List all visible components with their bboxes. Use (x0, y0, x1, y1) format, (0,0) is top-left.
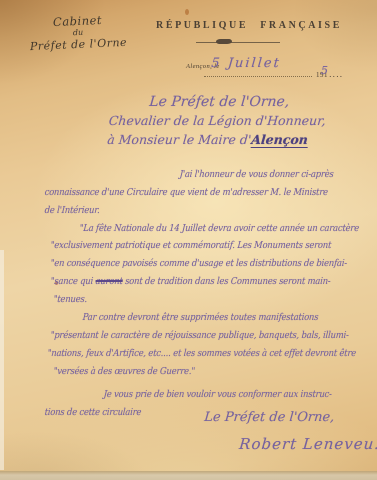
letter-heading-line-2: Chevalier de la Légion d'Honneur, (87, 113, 348, 128)
body-line: "versées à des œuvres de Guerre." (53, 366, 195, 377)
body-line: J'ai l'honneur de vous donner ci-après (179, 169, 334, 180)
struck-word: auront (95, 276, 123, 287)
body-line: "exclusivement patriotique et commémorat… (50, 240, 331, 251)
body-line: "en conséquence pavoisés comme d'usage e… (50, 258, 347, 269)
paper-speck (185, 9, 189, 15)
dateline-trailing-dots: .... (329, 70, 343, 79)
paper-edge-bottom (0, 471, 377, 480)
divider-ornament-icon (216, 39, 232, 44)
scanned-letter-page: Cabinet du Préfet de l'Orne RÉPUBLIQUE F… (0, 0, 377, 480)
letter-heading-line-1: Le Préfet de l'Orne, (99, 94, 340, 110)
dateline-dotted-rule (204, 75, 312, 77)
dateline-handwritten-date: 5 Juillet (211, 56, 282, 71)
address-city: Alençon (251, 132, 309, 148)
line-suffix: sont de tradition dans les Communes sero… (122, 276, 331, 287)
paper-edge-left (0, 250, 4, 471)
body-line: "nations, feux d'Artifice, etc.... et le… (47, 348, 356, 359)
line-prefix: "sance qui (50, 276, 96, 287)
letterhead-cabinet: Cabinet du Préfet de l'Orne (21, 12, 135, 55)
signature-title: Le Préfet de l'Orne, (204, 410, 335, 425)
body-line: de l'Intérieur. (44, 205, 100, 216)
body-line: "présentant le caractère de réjouissance… (50, 330, 349, 341)
signature-name: Robert Leneveu. (238, 435, 377, 453)
dateline-year: 1915.... (316, 62, 349, 81)
dateline-year-handwritten-digit: 5 (321, 64, 328, 77)
letter-address-line: à Monsieur le Maire d'Alençon (107, 132, 309, 147)
body-line: Par contre devront être supprimées toute… (82, 312, 318, 323)
address-prefix: à Monsieur le Maire d' (107, 132, 252, 147)
closing-line-1: Je vous prie de bien vouloir vous confor… (103, 389, 332, 400)
body-line-with-strikeout: "sance qui auront sont de tradition dans… (50, 276, 331, 287)
letterhead-divider (196, 42, 280, 43)
body-line: connaissance d'une Circulaire que vient … (44, 187, 328, 198)
closing-line-2: tions de cette circulaire (44, 407, 141, 418)
body-line: "La fête Nationale du 14 Juillet devra a… (79, 223, 359, 234)
body-line: "tenues. (53, 294, 87, 305)
letterhead-title: RÉPUBLIQUE FRANÇAISE (156, 20, 342, 31)
